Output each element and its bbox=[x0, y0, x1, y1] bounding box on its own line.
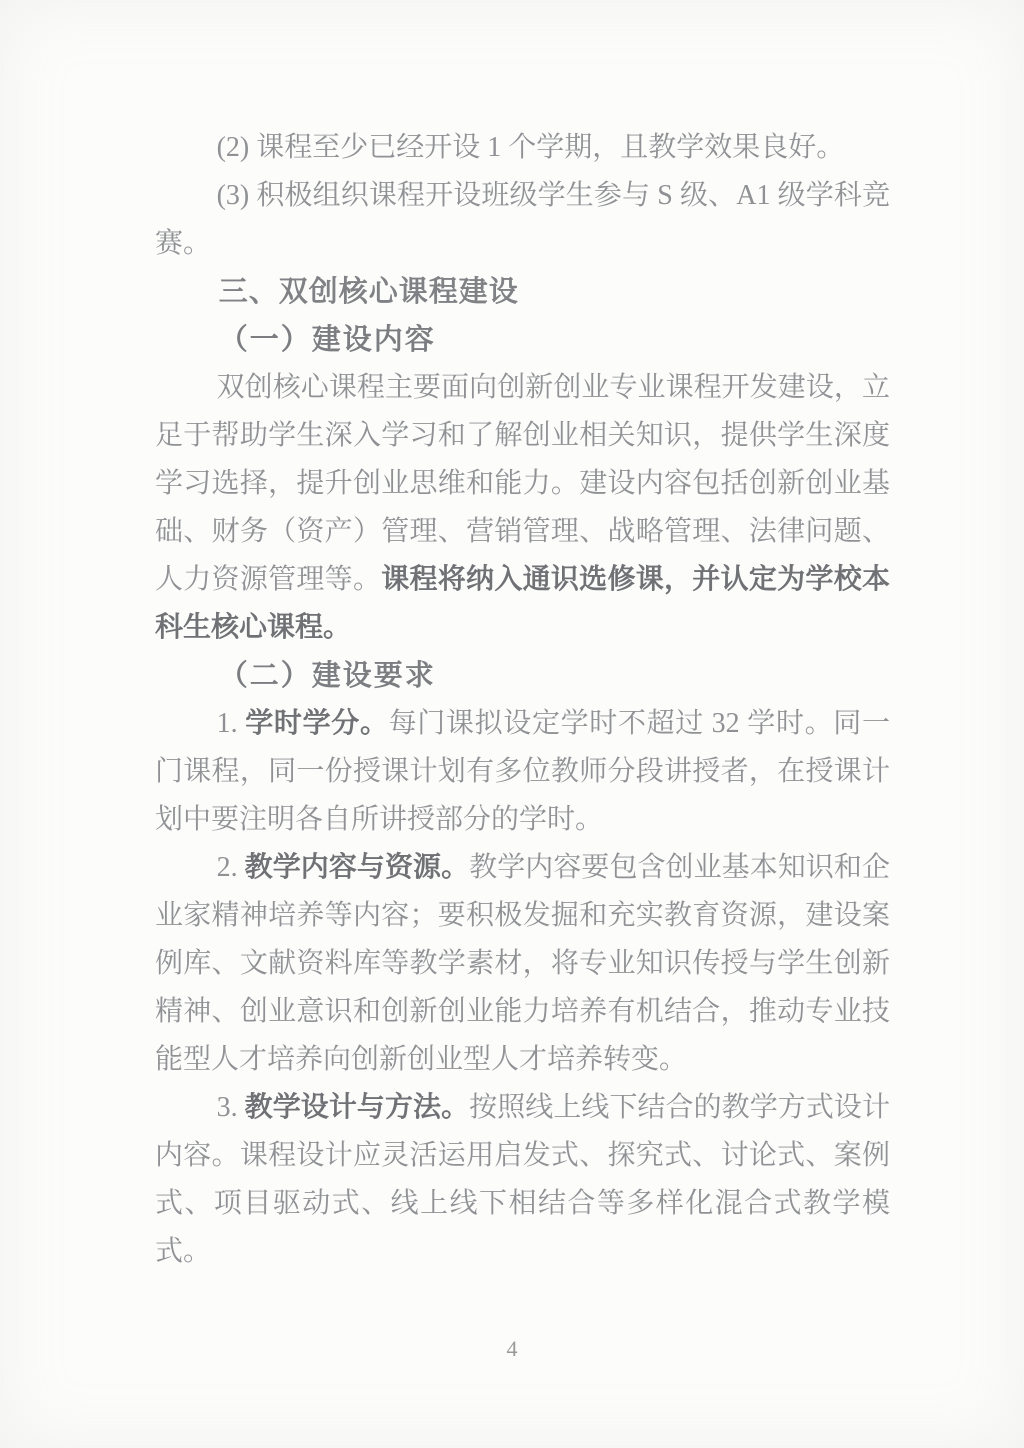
section-heading: 三、双创核心课程建设 bbox=[155, 268, 890, 316]
list-item-2: (2) 课程至少已经开设 1 个学期，且教学效果良好。 bbox=[155, 124, 890, 172]
requirement-title: 教学设计与方法。 bbox=[245, 1092, 469, 1123]
requirement-number: 2. bbox=[217, 852, 245, 883]
scanned-document-page: (2) 课程至少已经开设 1 个学期，且教学效果良好。 (3) 积极组织课程开设… bbox=[0, 0, 1024, 1448]
page-content: (2) 课程至少已经开设 1 个学期，且教学效果良好。 (3) 积极组织课程开设… bbox=[0, 0, 1024, 1276]
requirement-text: 教学内容要包含创业基本知识和企业家精神培养等内容；要积极发掘和充实教育资源，建设… bbox=[155, 852, 890, 1075]
requirement-title: 教学内容与资源。 bbox=[245, 852, 469, 883]
subsection-heading-2: （二）建设要求 bbox=[155, 652, 890, 700]
requirement-number: 1. bbox=[217, 708, 246, 739]
requirement-title: 学时学分。 bbox=[245, 708, 388, 739]
requirement-1: 1. 学时学分。每门课拟设定学时不超过 32 学时。同一门课程，同一份授课计划有… bbox=[155, 700, 890, 844]
paragraph-construction-content: 双创核心课程主要面向创新创业专业课程开发建设，立足于帮助学生深入学习和了解创业相… bbox=[155, 364, 890, 652]
paragraph-regular-text: 双创核心课程主要面向创新创业专业课程开发建设，立足于帮助学生深入学习和了解创业相… bbox=[155, 372, 890, 595]
page-number: 4 bbox=[0, 1336, 1024, 1362]
list-item-3: (3) 积极组织课程开设班级学生参与 S 级、A1 级学科竞赛。 bbox=[155, 172, 890, 268]
requirement-number: 3. bbox=[217, 1092, 245, 1123]
requirement-3: 3. 教学设计与方法。按照线上线下结合的教学方式设计内容。课程设计应灵活运用启发… bbox=[155, 1084, 890, 1276]
subsection-heading-1: （一）建设内容 bbox=[155, 316, 890, 364]
requirement-2: 2. 教学内容与资源。教学内容要包含创业基本知识和企业家精神培养等内容；要积极发… bbox=[155, 844, 890, 1084]
